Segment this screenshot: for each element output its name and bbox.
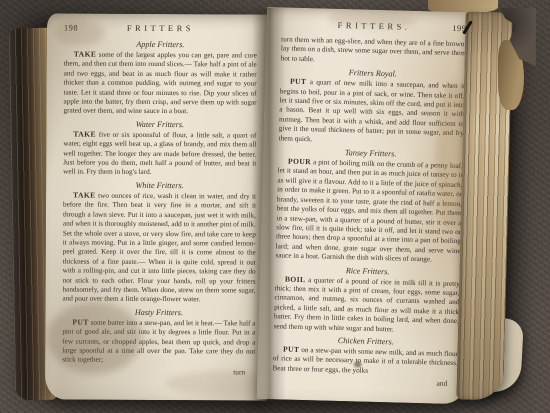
recipe-text: some butter into a stew-pan, and let it … (62, 318, 255, 364)
lead-word: PUT (72, 317, 88, 326)
recipe-hasty-fritters: PUT some butter into a stew-pan, and let… (62, 317, 255, 366)
recipe-text: a quarter of a pound of rice in milk til… (274, 276, 460, 333)
right-page: FRITTERS. 199 turn them with an egg-slic… (257, 7, 477, 404)
left-catchword: turn (62, 366, 255, 376)
recipe-fritters-royal: PUT a quart of new milk into a saucepan,… (278, 77, 465, 149)
heading-white-fritters: White Fritters. (63, 180, 256, 190)
recipe-text: some of the largest apples you can get, … (63, 51, 256, 116)
recipe-text: two ounces of rice, wash it clean in wat… (62, 192, 256, 304)
lead-word: POUR (288, 157, 311, 167)
lead-word: PUT (283, 345, 300, 354)
right-running-head: FRITTERS. 199 (281, 18, 466, 33)
lead-word: TAKE (73, 190, 96, 199)
recipe-water-fritters: TAKE five or six spoonsful of flour, a l… (63, 129, 256, 178)
heading-hasty-fritters: Hasty Fritters. (62, 307, 255, 317)
recipe-apple-fritters: TAKE some of the largest apples you can … (63, 50, 256, 118)
recipe-chicken-fritters: PUT on a stew-pan with some new milk, an… (272, 344, 458, 378)
recipe-tansey-fritters: POUR a pint of boiling milk on the crumb… (275, 156, 463, 265)
heading-apple-fritters: Apple Fritters. (64, 40, 257, 50)
recipe-text: on a stew-pan with some new milk, and as… (272, 346, 458, 375)
recipe-white-fritters: TAKE two ounces of rice, wash it clean i… (62, 190, 256, 305)
left-page: 198 FRITTERS Apple Fritters. TAKE some o… (45, 13, 269, 400)
right-running-title: FRITTERS. (311, 19, 436, 32)
left-running-title: FRITTERS (94, 23, 227, 34)
left-page-number: 198 (64, 23, 94, 33)
left-running-head: 198 FRITTERS (64, 23, 257, 34)
heading-water-fritters: Water Fritters. (63, 119, 256, 129)
lead-word: BOIL (285, 274, 306, 284)
recipe-text: a pint of boiling milk on the crumb of a… (275, 158, 463, 263)
recipe-rice-fritters: BOIL a quarter of a pound of rice in mil… (274, 274, 460, 336)
right-head-spacer (281, 26, 311, 27)
book-photo: 198 FRITTERS Apple Fritters. TAKE some o… (0, 0, 550, 413)
continuation-text: turn them with an egg-slice, and when th… (281, 35, 467, 68)
lead-word: PUT (290, 77, 307, 86)
lead-word: TAKE (73, 129, 96, 138)
lead-word: TAKE (74, 50, 97, 59)
recipe-text: a quart of new milk into a saucepan, and… (278, 78, 465, 143)
